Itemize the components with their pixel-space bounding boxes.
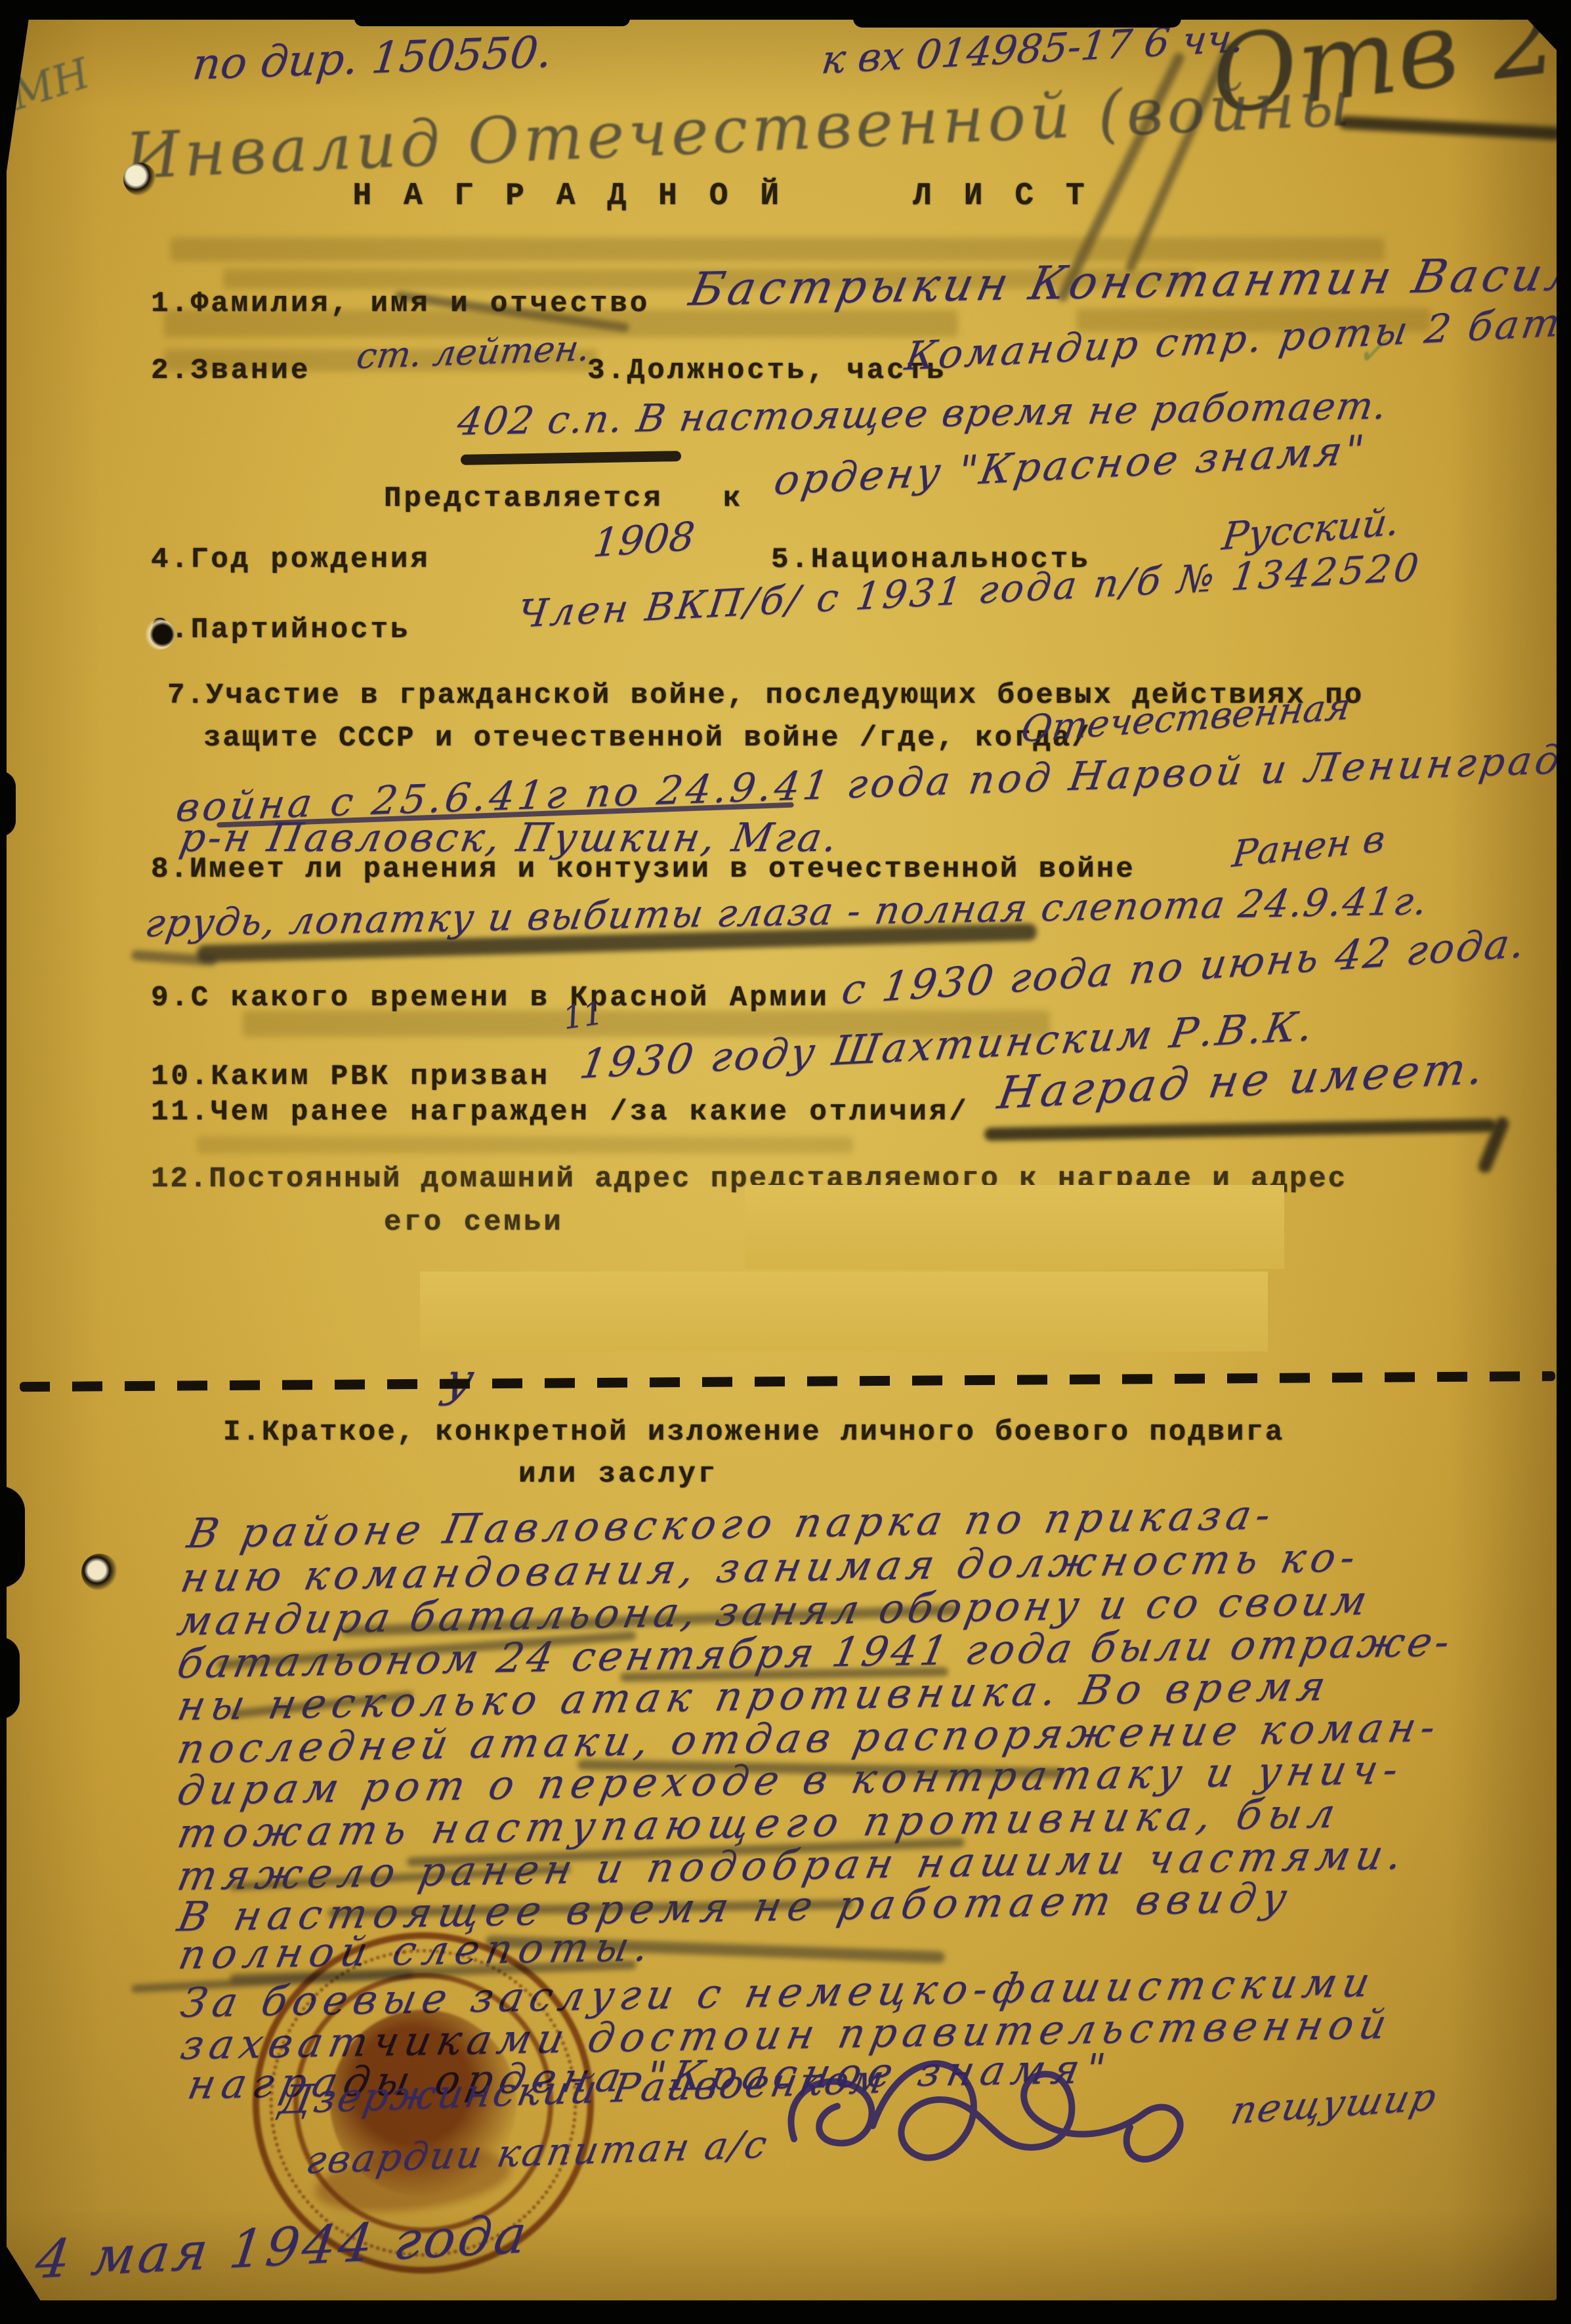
scan-edge-top [0,0,1571,20]
punch-hole [144,619,175,650]
left-edge-notch [0,1637,20,1719]
punch-hole [123,163,156,196]
torn-edge-nib [853,16,1181,28]
field-6-label: 6.Партийность [151,613,410,646]
field-1-label: 1.Фамилия, имя и отчество [151,287,650,320]
field-12-label-line2: его семьи [384,1206,564,1239]
redaction-block-2 [420,1272,1268,1352]
left-edge-notch [0,771,16,837]
torn-edge-nib [354,17,630,26]
field-10-label: 10.Каким РВК призван [151,1060,550,1093]
field-8-label: 8.Имеет ли ранения и контузии в отечеств… [151,853,1135,886]
left-edge-notch [0,1486,25,1588]
redaction-block-1 [745,1185,1284,1269]
field-2-value: ст. лейтен. [354,327,593,377]
field-7-label-line2: защите СССР и отечественной войне /где, … [203,722,1091,755]
scan-edge-right [1557,0,1571,2324]
bleed-through-line [197,1136,853,1153]
field-11-label: 11.Чем ранее награжден /за какие отличия… [151,1096,969,1129]
document-title: Н А Г Р А Д Н О Й Л И С Т [164,178,1280,214]
presentation-label: Представляется к [384,482,743,515]
punch-hole [81,1554,118,1590]
section-heading-line1: I.Краткое, конкретной изложение личного … [223,1416,1284,1449]
field-2-label: 2.Звание [151,354,310,387]
field-9-label: 9.С какого времени в Красной Армии [151,982,829,1014]
scanned-award-sheet: МН по дир. 150550. к вх 014985-17 6 чч. … [0,0,1571,2324]
field-4-value: 1908 [591,514,698,566]
field-3-label: 3.Должность, часть [587,354,946,387]
signature-scrawl [774,2021,1273,2218]
scan-edge-bottom [0,2300,1571,2324]
field-4-label: 4.Год рождения [151,543,430,576]
stray-mark: 11 [560,995,605,1037]
section-heading-line2: или заслуг [518,1458,718,1491]
